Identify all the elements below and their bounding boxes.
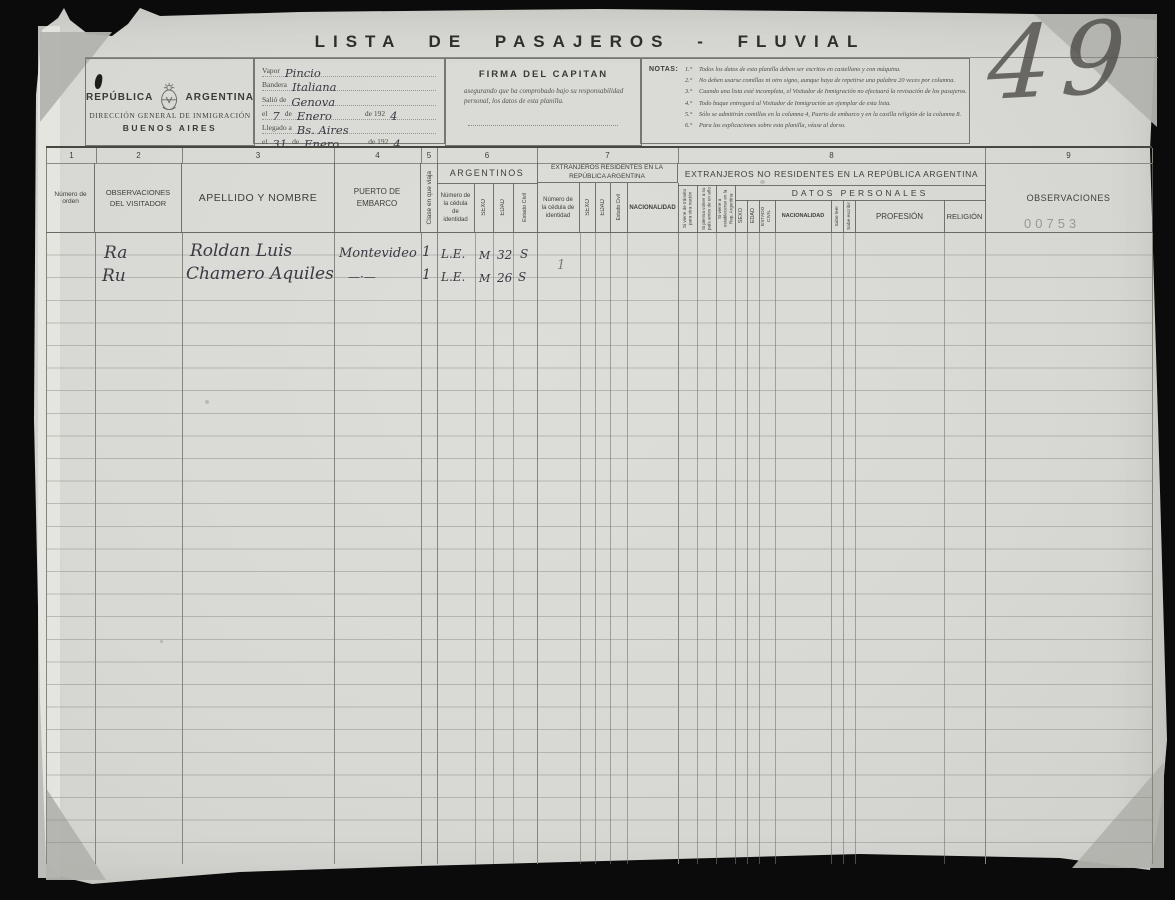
entry-passenger-name: Chamero Aquiles — [186, 264, 334, 284]
col-number-2: 2 — [95, 148, 183, 163]
col-header-numero-orden: Número de orden — [46, 163, 95, 232]
signature-line — [468, 125, 618, 126]
grid-vertical-line — [855, 233, 856, 864]
entry-visitador-mark: Ru — [102, 266, 126, 286]
entry-embark-port: Montevideo — [339, 246, 417, 261]
agency-republica-label: REPÚBLICA — [86, 92, 153, 103]
col-header-argentinos-sexo: SEXO — [475, 183, 494, 232]
col-header-argentinos: ARGENTINOS — [437, 163, 538, 184]
col-header-nr-estado-civil: ESTADO CIVIL — [759, 200, 776, 232]
col-header-argentinos-cedula: Número de la cédula de identidad — [437, 183, 475, 232]
paper-stain — [205, 400, 209, 404]
grid-vertical-line — [716, 233, 717, 864]
grid-vertical-line — [678, 233, 679, 864]
entry-visitador-mark: Ra — [104, 243, 127, 263]
col-number-9: 9 — [985, 148, 1153, 163]
col-header-residentes-cedula: Número de la cédula de identidad — [537, 183, 580, 232]
note-item: 1.°Todos los datos de esta planilla debe… — [685, 64, 963, 75]
entry-embark-port-ditto: —·— — [348, 270, 376, 284]
entry-passenger-name: Roldan Luis — [190, 241, 292, 261]
note-item: 2.°No deben usarse comillas ni otro sign… — [685, 75, 963, 86]
pencil-folio-number: 49 — [985, 0, 1138, 123]
ship-line-bandera: Bandera Italiana — [262, 77, 436, 91]
col-header-residentes-nacionalidad: NACIONALIDAD — [627, 183, 679, 232]
grid-vertical-line — [697, 233, 698, 864]
agency-ciudad-label: BUENOS AIRES — [86, 123, 254, 133]
grid-vertical-line — [747, 233, 748, 864]
grid-vertical-line — [475, 233, 476, 864]
scanned-passenger-list-page: LISTA DE PASAJEROS - FLUVIAL REPÚBLICA A… — [0, 0, 1175, 900]
col-header-argentinos-estado-civil: Estado Civil — [513, 183, 538, 232]
ship-line-departure-date: el 7 de Enero de 192 4 — [262, 106, 436, 120]
col-header-profesion: PROFESIÓN — [855, 200, 945, 232]
agency-argentina-label: ARGENTINA — [186, 92, 254, 103]
grid-vertical-line — [775, 233, 776, 864]
note-item: 6.°Para las explicaciones sobre esta pla… — [685, 120, 963, 131]
grid-vertical-line — [46, 233, 47, 864]
grid-vertical-line — [513, 233, 514, 864]
note-item: 5.°Sólo se admitirán comillas en la colu… — [685, 109, 963, 120]
col-header-extranjeros-residentes: EXTRANJEROS RESIDENTES EN LA REPÚBLICA A… — [537, 163, 678, 183]
paper-stain — [160, 640, 163, 643]
grid-vertical-line — [759, 233, 760, 864]
grid-vertical-line — [843, 233, 844, 864]
ship-info-box: Vapor Pincio Bandera Italiana Salió de G… — [253, 58, 445, 144]
entry-edad: 32 — [497, 248, 512, 262]
col-number-1: 1 — [46, 148, 97, 163]
col-header-q-transito: Si viene de tránsito para otra nación — [678, 185, 698, 232]
col-header-residentes-estado-civil: Estado Civil — [610, 183, 628, 232]
col-header-q-establecerse: Si viene a establecerse en la Rep. Argen… — [716, 185, 736, 232]
grid-vertical-line — [1152, 233, 1153, 864]
grid-vertical-line — [493, 233, 494, 864]
col-number-7: 7 — [537, 148, 679, 163]
grid-vertical-line — [735, 233, 736, 864]
stamped-serial-number: 00753 — [1024, 216, 1080, 231]
col-header-clase: Clase en que viaja — [421, 163, 438, 232]
grid-vertical-line — [95, 233, 96, 864]
grid-vertical-line — [182, 233, 183, 864]
grid-vertical-line — [537, 233, 538, 864]
entry-sexo: M — [479, 272, 490, 285]
entry-cedula: L.E. — [441, 247, 465, 261]
col-header-religion: RELIGIÓN — [944, 200, 986, 232]
col-header-residentes-sexo: SEXO — [580, 183, 596, 232]
entry-class: 1 — [422, 244, 431, 260]
entry-cedula: L.E. — [441, 270, 465, 284]
grid-vertical-line — [580, 233, 581, 864]
grid-vertical-line — [595, 233, 596, 864]
col-number-5: 5 — [421, 148, 438, 163]
page-title: LISTA DE PASAJEROS - FLUVIAL — [250, 32, 930, 52]
ship-line-vapor: Vapor Pincio — [262, 63, 436, 77]
entry-stray-mark: 1 — [557, 258, 565, 273]
grid-vertical-line — [421, 233, 422, 864]
col-number-4: 4 — [334, 148, 422, 163]
note-item: 3.°Cuando una lista esté incompleta, el … — [685, 86, 963, 97]
entry-sexo: M — [479, 249, 490, 262]
notes-label: NOTAS: — [649, 66, 678, 73]
col-header-nr-nacionalidad: NACIONALIDAD — [775, 200, 832, 232]
captain-signature-box: FIRMA DEL CAPITAN asegurando que ha comp… — [445, 58, 642, 146]
grid-vertical-line — [437, 233, 438, 864]
grid-vertical-line — [944, 233, 945, 864]
grid-vertical-line — [831, 233, 832, 864]
entry-estado-civil: S — [520, 247, 528, 261]
agency-direccion-label: DIRECCIÓN GENERAL DE INMIGRACIÓN — [86, 111, 254, 120]
col-header-apellido-nombre: APELLIDO Y NOMBRE — [182, 163, 335, 232]
captain-box-heading: FIRMA DEL CAPITAN — [446, 69, 641, 80]
paper-stain — [760, 180, 765, 184]
note-item: 4.°Todo buque entregará al Visitador de … — [685, 98, 963, 109]
grid-vertical-line — [985, 233, 986, 864]
entry-estado-civil: S — [518, 270, 526, 284]
entry-edad: 26 — [497, 271, 512, 285]
col-header-datos-personales: DATOS PERSONALES — [735, 185, 986, 201]
col-number-8: 8 — [678, 148, 986, 163]
grid-vertical-line — [610, 233, 611, 864]
coat-of-arms-icon — [157, 81, 181, 113]
ship-line-salio: Salió de Genova — [262, 91, 436, 105]
table-body-grid — [46, 233, 1152, 864]
col-number-3: 3 — [182, 148, 335, 163]
ship-line-llegado: Llegado a Bs. Aires — [262, 120, 436, 134]
notes-box: NOTAS: 1.°Todos los datos de esta planil… — [640, 58, 970, 144]
captain-box-text: asegurando que ha comprobado bajo su res… — [464, 87, 624, 106]
grid-vertical-line — [334, 233, 335, 864]
col-header-argentinos-edad: EDAD — [493, 183, 514, 232]
col-header-observaciones-visitador: OBSERVACIONES DEL VISITADOR — [95, 163, 182, 232]
col-header-residentes-edad: EDAD — [595, 183, 611, 232]
col-number-6: 6 — [437, 148, 538, 163]
col-header-puerto-embarco: PUERTO DE EMBARCO — [334, 163, 421, 232]
col-header-q-volver: Si piensa volver a su país antes de un a… — [697, 185, 717, 232]
entry-class: 1 — [422, 267, 431, 283]
agency-box: REPÚBLICA ARGENTINA DIRECCIÓN GENERAL DE… — [85, 58, 255, 146]
grid-vertical-line — [627, 233, 628, 864]
col-header-extranjeros-no-residentes: EXTRANJEROS NO RESIDENTES EN LA REPÚBLIC… — [678, 163, 986, 186]
